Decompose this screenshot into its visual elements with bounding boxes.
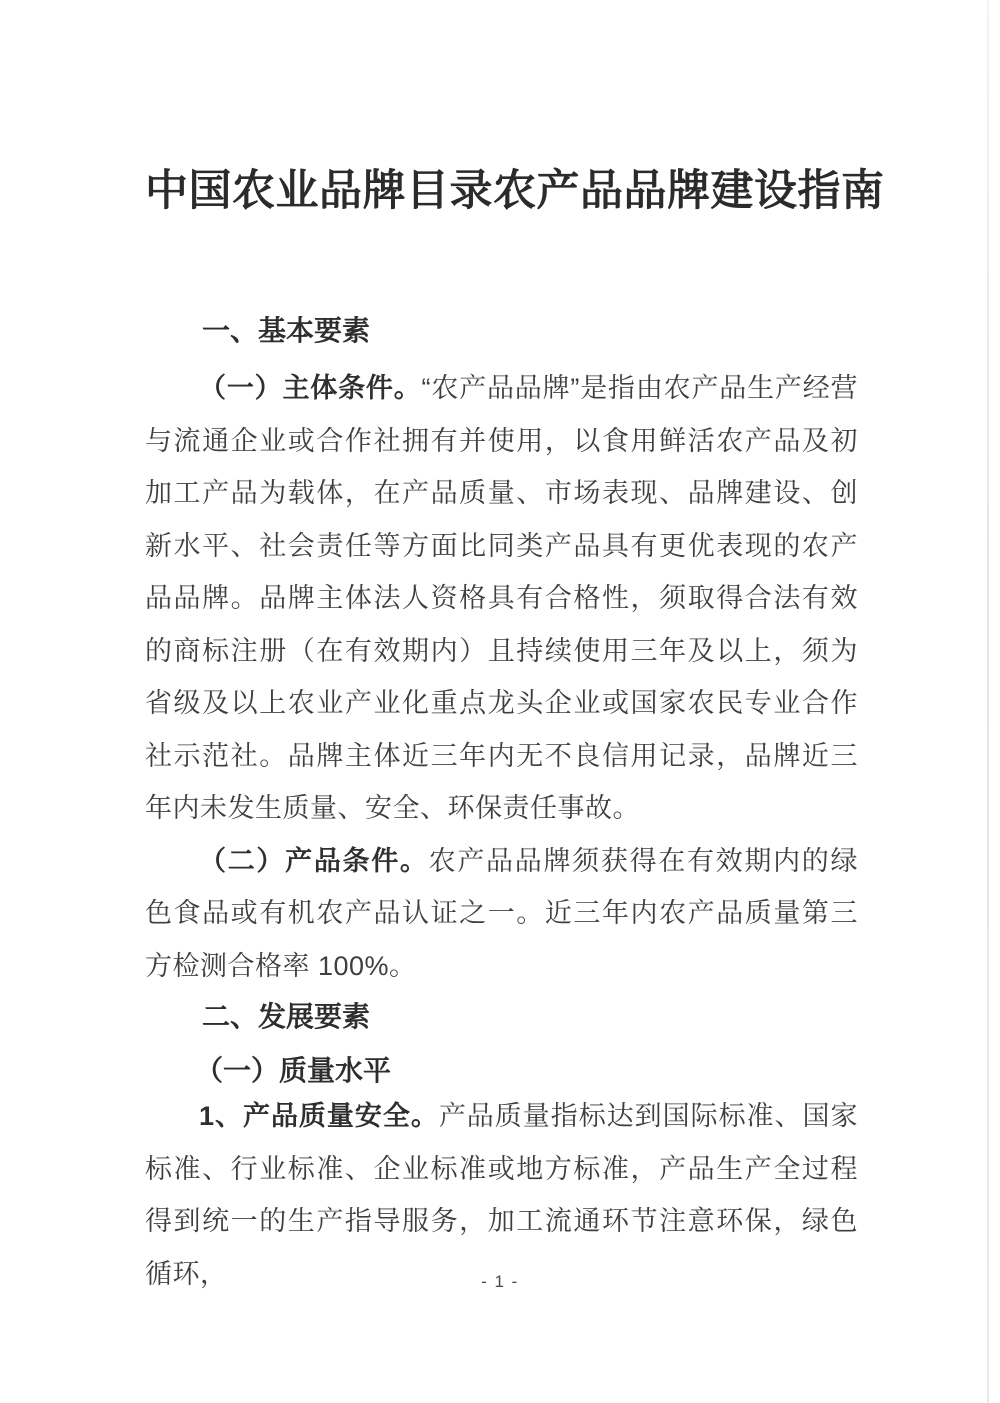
subsection-heading-quality-level: （一）质量水平 xyxy=(145,1054,858,1088)
section-heading-development-elements: 二、发展要素 xyxy=(145,1000,858,1034)
section-heading-basic-elements: 一、基本要素 xyxy=(145,314,858,348)
page-content: 中国农业品牌目录农产品品牌建设指南 一、基本要素 （一）主体条件。“农产品品牌”… xyxy=(145,0,858,1300)
paragraph-product-conditions: （二）产品条件。农产品品牌须获得在有效期内的绿色食品或有机农产品认证之一。近三年… xyxy=(145,835,858,993)
document-title: 中国农业品牌目录农产品品牌建设指南 xyxy=(145,166,858,216)
paragraph-label: （一）主体条件。 xyxy=(199,373,422,403)
paragraph-product-quality-safety: 1、产品质量安全。产品质量指标达到国际标准、国家标准、行业标准、企业标准或地方标… xyxy=(145,1090,858,1300)
document-page: 中国农业品牌目录农产品品牌建设指南 一、基本要素 （一）主体条件。“农产品品牌”… xyxy=(0,0,1000,1403)
paragraph-label: 1、产品质量安全。 xyxy=(199,1101,439,1131)
paragraph-text: “农产品品牌”是指由农产品生产经营与流通企业或合作社拥有并使用，以食用鲜活农产品… xyxy=(145,373,858,823)
page-number: - 1 - xyxy=(0,1272,1000,1292)
scan-edge-shadow xyxy=(987,0,989,1403)
paragraph-label: （二）产品条件。 xyxy=(199,846,429,876)
paragraph-subject-conditions: （一）主体条件。“农产品品牌”是指由农产品生产经营与流通企业或合作社拥有并使用，… xyxy=(145,362,858,835)
